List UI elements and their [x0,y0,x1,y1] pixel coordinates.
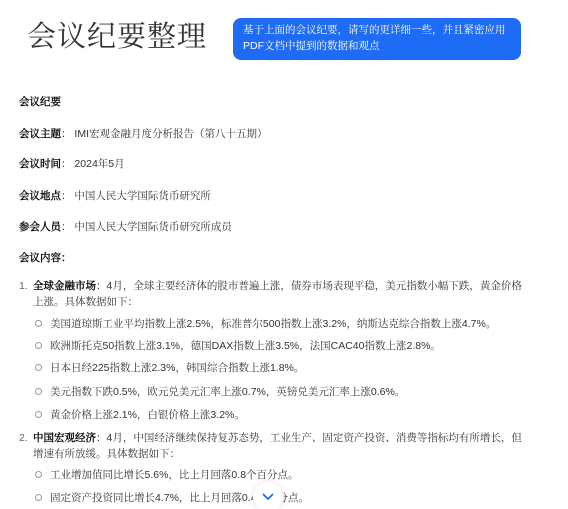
topic-value: IMI宏观金融月度分析报告（第八十五期） [74,128,267,140]
chevron-down-icon [262,493,274,501]
place-label: 会议地点 [19,190,61,202]
page-title: 会议纪要整理 [27,14,207,55]
user-message-bubble: 基于上面的会议纪要，请写的更详细一些，并且紧密应用PDF文档中提到的数据和观点 [233,18,521,60]
scroll-to-bottom-button[interactable] [253,482,283,509]
list-item: 工业增加值同比增长5.6%，比上月回落0.8个百分点。 [35,467,299,482]
list-item: 美元指数下跌0.5%，欧元兑美元汇率上涨0.7%，英镑兑美元汇率上涨0.6%。 [35,384,405,399]
content-label: 会议内容： [19,250,72,265]
section-title: 中国宏观经济 [33,432,96,444]
list-item: 黄金价格上涨2.1%，白银价格上涨3.2%。 [35,407,245,422]
section-global-markets: 1. 全球金融市场：4月，全球主要经济体的股市普遍上涨，债券市场表现平稳，美元指… [19,278,549,310]
time-label: 会议时间 [19,158,61,170]
topic-label: 会议主题 [19,128,61,140]
list-item: 日本日经225指数上涨2.3%，韩国综合指数上涨1.8%。 [35,360,304,375]
list-item: 欧洲斯托克50指数上涨3.1%，德国DAX指数上涨3.5%，法国CAC40指数上… [35,338,441,353]
user-message-text: 基于上面的会议纪要，请写的更详细一些，并且紧密应用PDF文档中提到的数据和观点 [243,24,506,52]
section-title: 全球金融市场 [33,280,96,292]
attendees-label: 参会人员 [19,221,61,233]
bullet-icon [35,471,42,478]
attendees-value: 中国人民大学国际货币研究所成员 [74,221,232,233]
section-number: 2. [19,430,28,446]
minutes-heading: 会议纪要 [19,94,61,109]
list-item: 美国道琼斯工业平均指数上涨2.5%，标准普尔500指数上涨3.2%，纳斯达克综合… [35,316,496,331]
time-value: 2024年5月 [74,158,124,170]
section-china-macro: 2. 中国宏观经济：4月，中国经济继续保持复苏态势，工业生产、固定资产投资、消费… [19,430,549,462]
bullet-icon [35,320,42,327]
bullet-icon [35,411,42,418]
bullet-icon [35,388,42,395]
section-number: 1. [19,278,28,294]
time-row: 会议时间： 2024年5月 [19,156,125,171]
topic-row: 会议主题： IMI宏观金融月度分析报告（第八十五期） [19,126,268,141]
bullet-icon [35,342,42,349]
attendees-row: 参会人员： 中国人民大学国际货币研究所成员 [19,219,232,234]
bullet-icon [35,494,42,501]
place-value: 中国人民大学国际货币研究所 [74,190,211,202]
bullet-icon [35,364,42,371]
place-row: 会议地点： 中国人民大学国际货币研究所 [19,188,211,203]
